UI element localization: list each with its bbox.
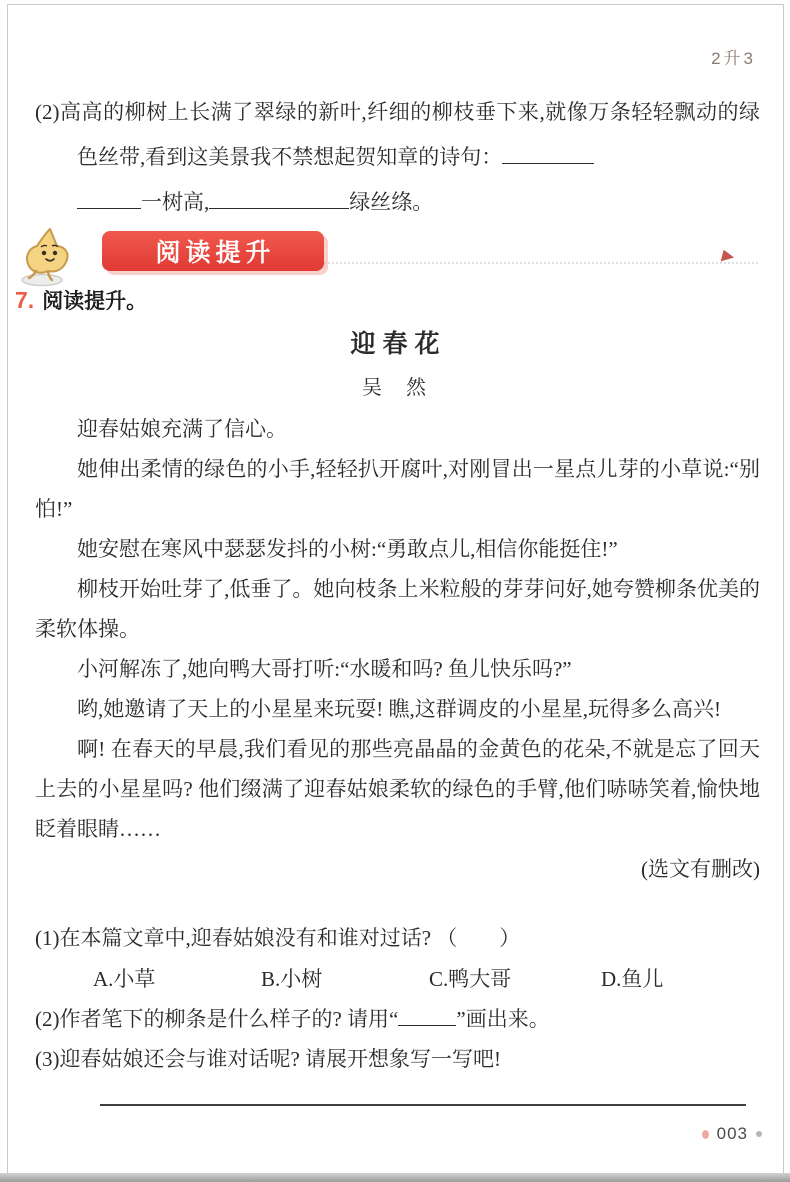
passage-paragraph: 哟,她邀请了天上的小星星来玩耍! 瞧,这群调皮的小星星,玩得多么高兴! — [35, 689, 760, 729]
question-7-heading: 7.阅读提升。 — [15, 285, 147, 315]
section-badge-label: 阅读提升 — [150, 233, 275, 269]
sub-question-3: (3)迎春姑娘还会与谁对话呢? 请展开想象写一写吧! — [35, 1039, 760, 1079]
answer-blank — [209, 188, 349, 209]
sub-questions: (1)在本篇文章中,迎春姑娘没有和谁对过话? （ ） A.小草 B.小树 C.鸭… — [35, 918, 760, 1079]
page-number-dot-left — [702, 1130, 709, 1139]
page-number-dot-right — [756, 1131, 762, 1137]
section-badge: 阅读提升 — [102, 231, 324, 271]
page-bottom-edge — [0, 1173, 790, 1182]
sub-question-1: (1)在本篇文章中,迎春姑娘没有和谁对过话? （ ） — [35, 918, 760, 958]
passage-paragraph: 小河解冻了,她向鸭大哥打听:“水暖和吗? 鱼儿快乐吗?” — [35, 649, 760, 689]
option-d: D.鱼儿 — [601, 959, 760, 999]
answer-blank — [502, 143, 594, 164]
page-number: 003 — [702, 1124, 762, 1144]
passage-paragraph: 柳枝开始吐芽了,低垂了。她向枝条上米粒般的芽芽问好,她夸赞柳条优美的柔软体操。 — [35, 569, 760, 649]
option-b: B.小树 — [261, 959, 429, 999]
poem-answer-line: 一树高,绿丝绦。 — [35, 180, 760, 225]
question-title: 阅读提升。 — [42, 290, 147, 313]
answer-blank — [398, 1005, 456, 1026]
section-header: 阅读提升 — [14, 226, 760, 288]
passage-author: 吴 然 — [0, 371, 790, 400]
passage-paragraph: 迎春姑娘充满了信心。 — [35, 409, 760, 449]
exercise-fill-blank-text: (2)高高的柳树上长满了翠绿的新叶,纤细的柳枝垂下来,就像万条轻轻飘动的绿色丝带… — [35, 90, 760, 180]
exercise-text: (2)高高的柳树上长满了翠绿的新叶,纤细的柳枝垂下来,就像万条轻轻飘动的绿色丝带… — [35, 100, 760, 169]
poem-segment: 一树高, — [141, 190, 209, 214]
writing-answer-line — [100, 1104, 746, 1106]
passage-paragraph: 她安慰在寒风中瑟瑟发抖的小树:“勇敢点儿,相信你能挺住!” — [35, 529, 760, 569]
sub-question-2-text: (2)作者笔下的柳条是什么样子的? 请用“ — [35, 1007, 398, 1031]
option-a: A.小草 — [93, 959, 261, 999]
sub-question-2-text: ”画出来。 — [456, 1007, 549, 1031]
exercise-fill-blank: (2)高高的柳树上长满了翠绿的新叶,纤细的柳枝垂下来,就像万条轻轻飘动的绿色丝带… — [35, 90, 760, 225]
passage-body: 迎春姑娘充满了信心。 她伸出柔情的绿色的小手,轻轻扒开腐叶,对刚冒出一星点儿芽的… — [35, 409, 760, 889]
answer-blank — [77, 188, 141, 209]
choice-options: A.小草 B.小树 C.鸭大哥 D.鱼儿 — [35, 959, 760, 999]
passage-title: 迎春花 — [0, 324, 790, 360]
passage-paragraph: 她伸出柔情的绿色的小手,轻轻扒开腐叶,对刚冒出一星点儿芽的小草说:“别怕!” — [35, 449, 760, 529]
poem-segment: 绿丝绦。 — [349, 190, 433, 214]
passage-attribution: (选文有删改) — [35, 849, 760, 889]
page-number-value: 003 — [717, 1124, 748, 1144]
mascot-icon — [14, 226, 84, 288]
option-c: C.鸭大哥 — [429, 959, 601, 999]
grade-label: 2升3 — [711, 44, 756, 69]
question-number: 7. — [15, 287, 34, 313]
passage-paragraph: 啊! 在春天的早晨,我们看见的那些亮晶晶的金黄色的花朵,不就是忘了回天上去的小星… — [35, 729, 760, 849]
sub-question-2: (2)作者笔下的柳条是什么样子的? 请用“”画出来。 — [35, 999, 760, 1039]
